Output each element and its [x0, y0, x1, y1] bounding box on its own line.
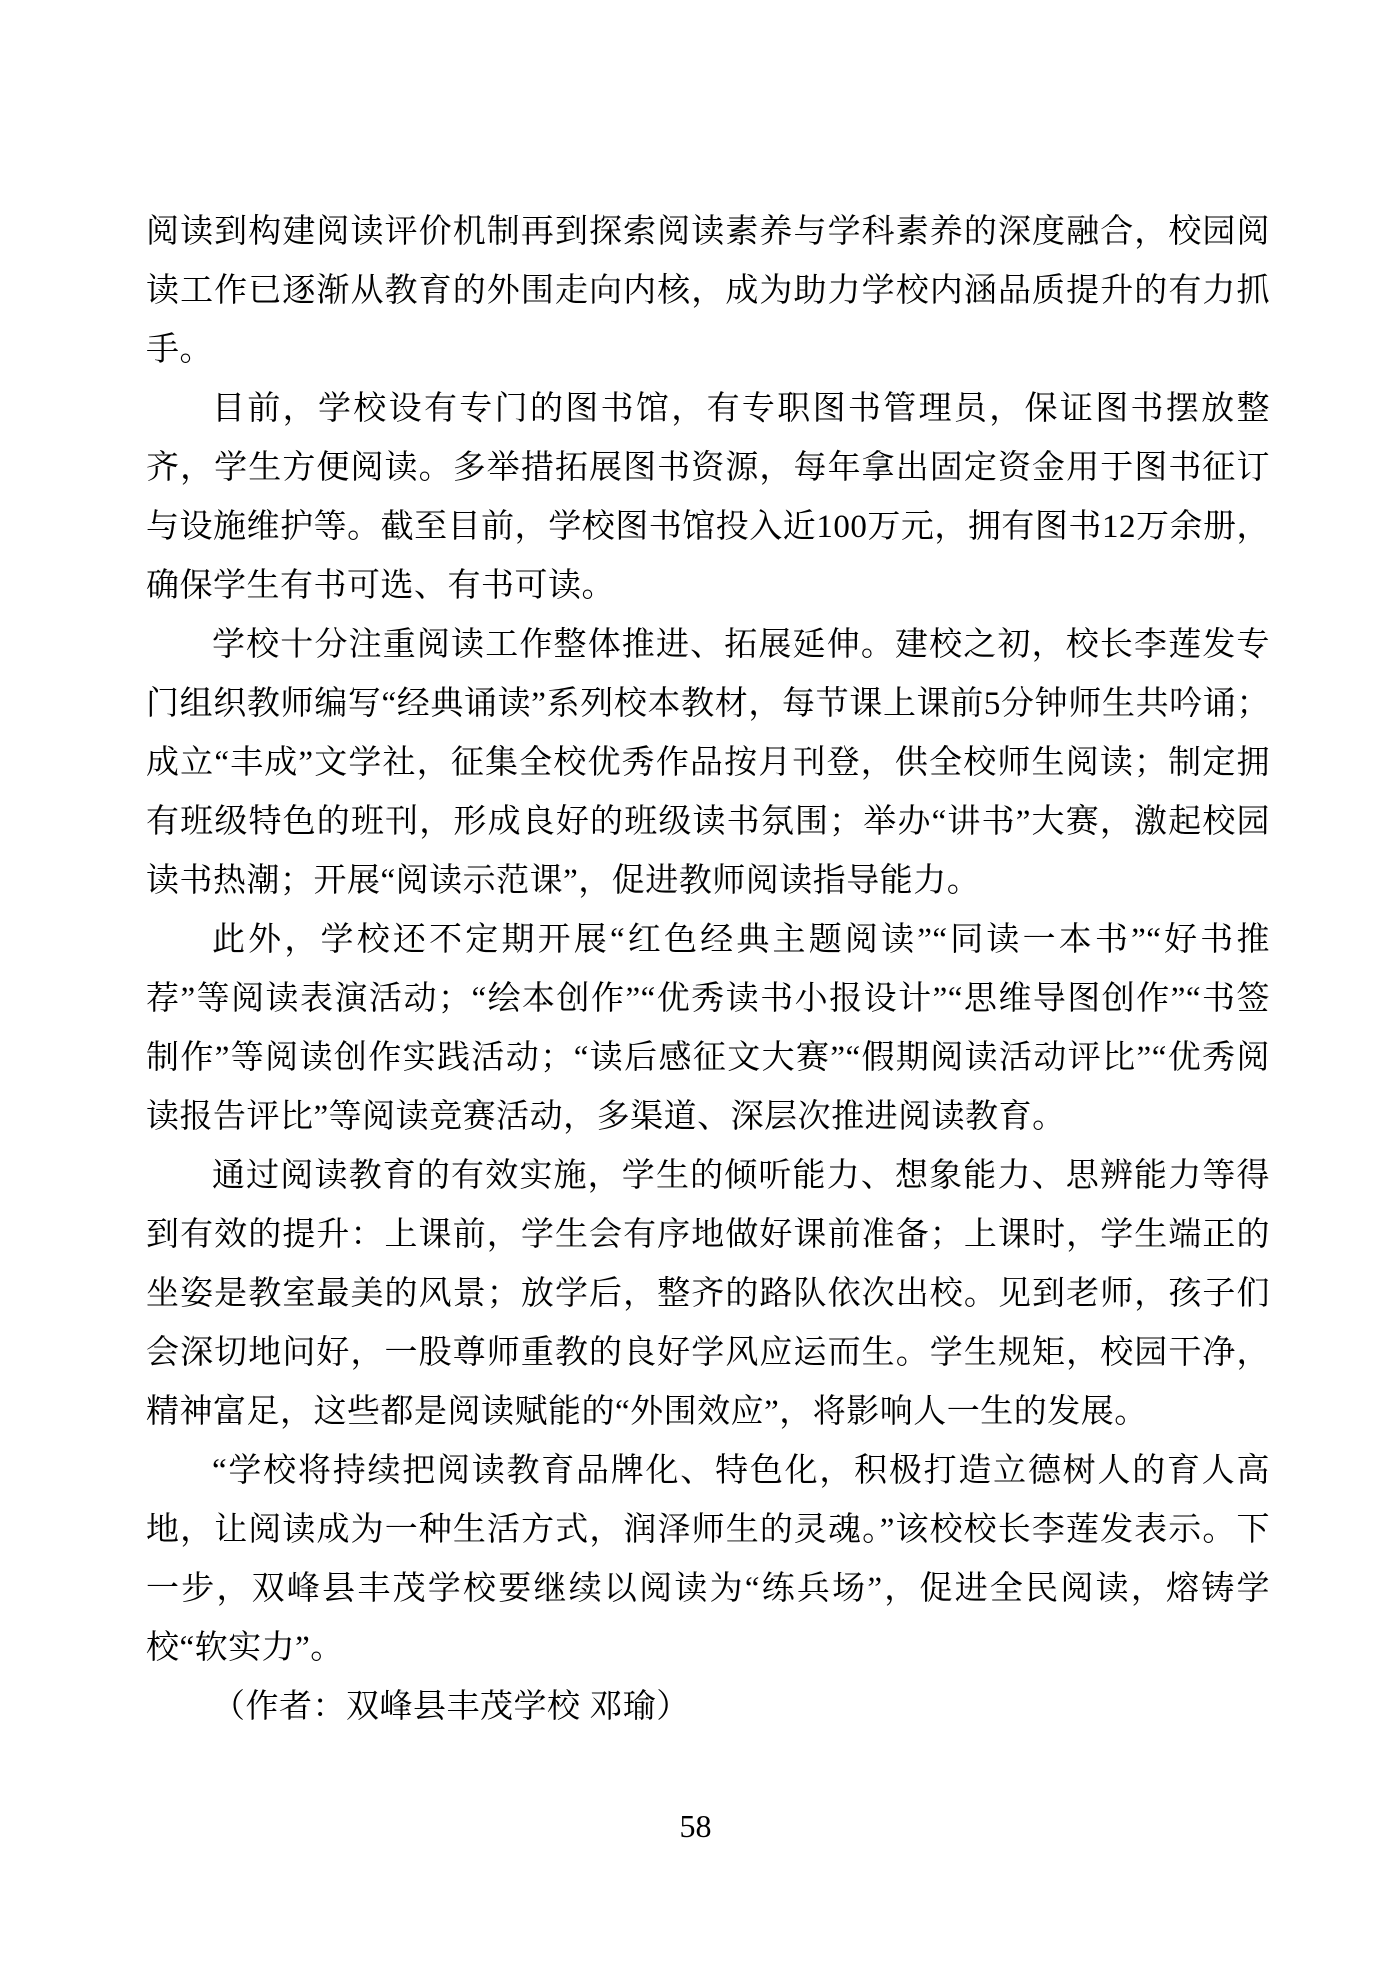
page-number: 58: [0, 1806, 1391, 1846]
document-page: 阅读到构建阅读评价机制再到探索阅读素养与学科素养的深度融合，校园阅读工作已逐渐从…: [0, 0, 1391, 1965]
document-body: 阅读到构建阅读评价机制再到探索阅读素养与学科素养的深度融合，校园阅读工作已逐渐从…: [146, 203, 1270, 1737]
paragraph: 此外，学校还不定期开展“红色经典主题阅读”“同读一本书”“好书推荐”等阅读表演活…: [146, 911, 1270, 1147]
paragraph: （作者：双峰县丰茂学校 邓瑜）: [146, 1678, 1270, 1737]
paragraph: “学校将持续把阅读教育品牌化、特色化，积极打造立德树人的育人高地，让阅读成为一种…: [146, 1442, 1270, 1678]
paragraph: 阅读到构建阅读评价机制再到探索阅读素养与学科素养的深度融合，校园阅读工作已逐渐从…: [146, 203, 1270, 380]
paragraph: 通过阅读教育的有效实施，学生的倾听能力、想象能力、思辨能力等得到有效的提升：上课…: [146, 1147, 1270, 1442]
paragraph: 学校十分注重阅读工作整体推进、拓展延伸。建校之初，校长李莲发专门组织教师编写“经…: [146, 616, 1270, 911]
paragraph: 目前，学校设有专门的图书馆，有专职图书管理员，保证图书摆放整齐，学生方便阅读。多…: [146, 380, 1270, 616]
